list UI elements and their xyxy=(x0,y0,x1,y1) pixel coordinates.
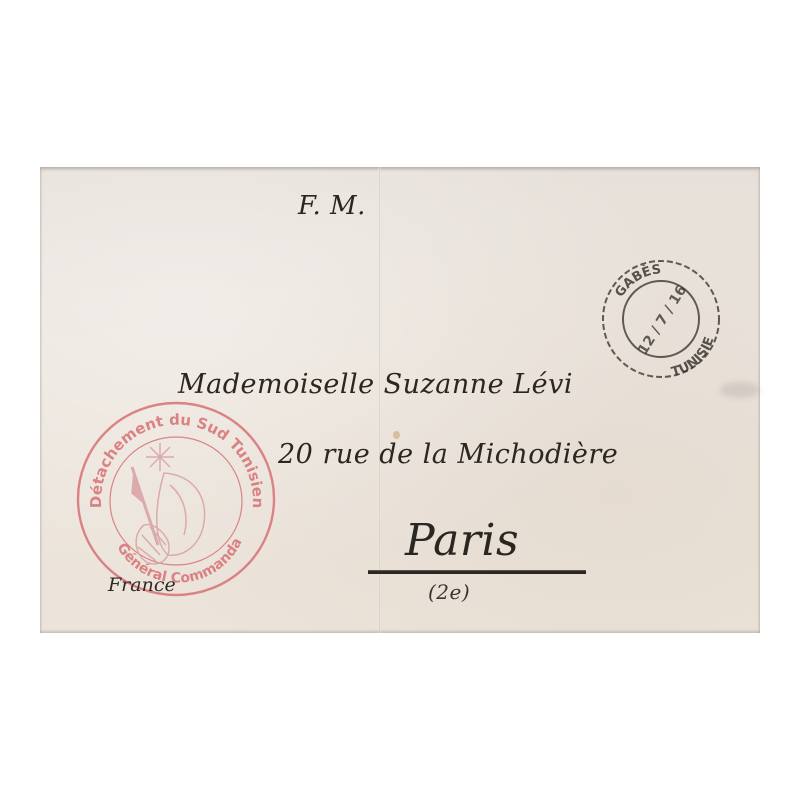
postmark-smudge xyxy=(720,382,760,398)
envelope-fold xyxy=(378,167,381,633)
envelope: F. M. Mademoiselle Suzanne Lévi 20 rue d… xyxy=(40,167,760,633)
svg-text:TUNISIE: TUNISIE xyxy=(670,335,718,380)
franchise-militaire-mark: F. M. xyxy=(298,191,366,221)
foxing-stain xyxy=(393,431,400,439)
postmark-date: 12 / 7 / 16 xyxy=(635,283,690,358)
unit-cachet-stamp: Détachement du Sud Tunisien Le Général C… xyxy=(72,395,280,603)
liberty-emblem-icon xyxy=(132,443,205,564)
postmark-stamp: GABÈS TUNISIE 12 / 7 / 16 xyxy=(595,255,725,385)
pencil-note: France xyxy=(108,574,176,596)
city-name: Paris xyxy=(405,515,519,566)
district-number: (2e) xyxy=(428,580,470,604)
street-address: 20 rue de la Michodière xyxy=(278,439,618,470)
city-underline xyxy=(368,570,586,574)
